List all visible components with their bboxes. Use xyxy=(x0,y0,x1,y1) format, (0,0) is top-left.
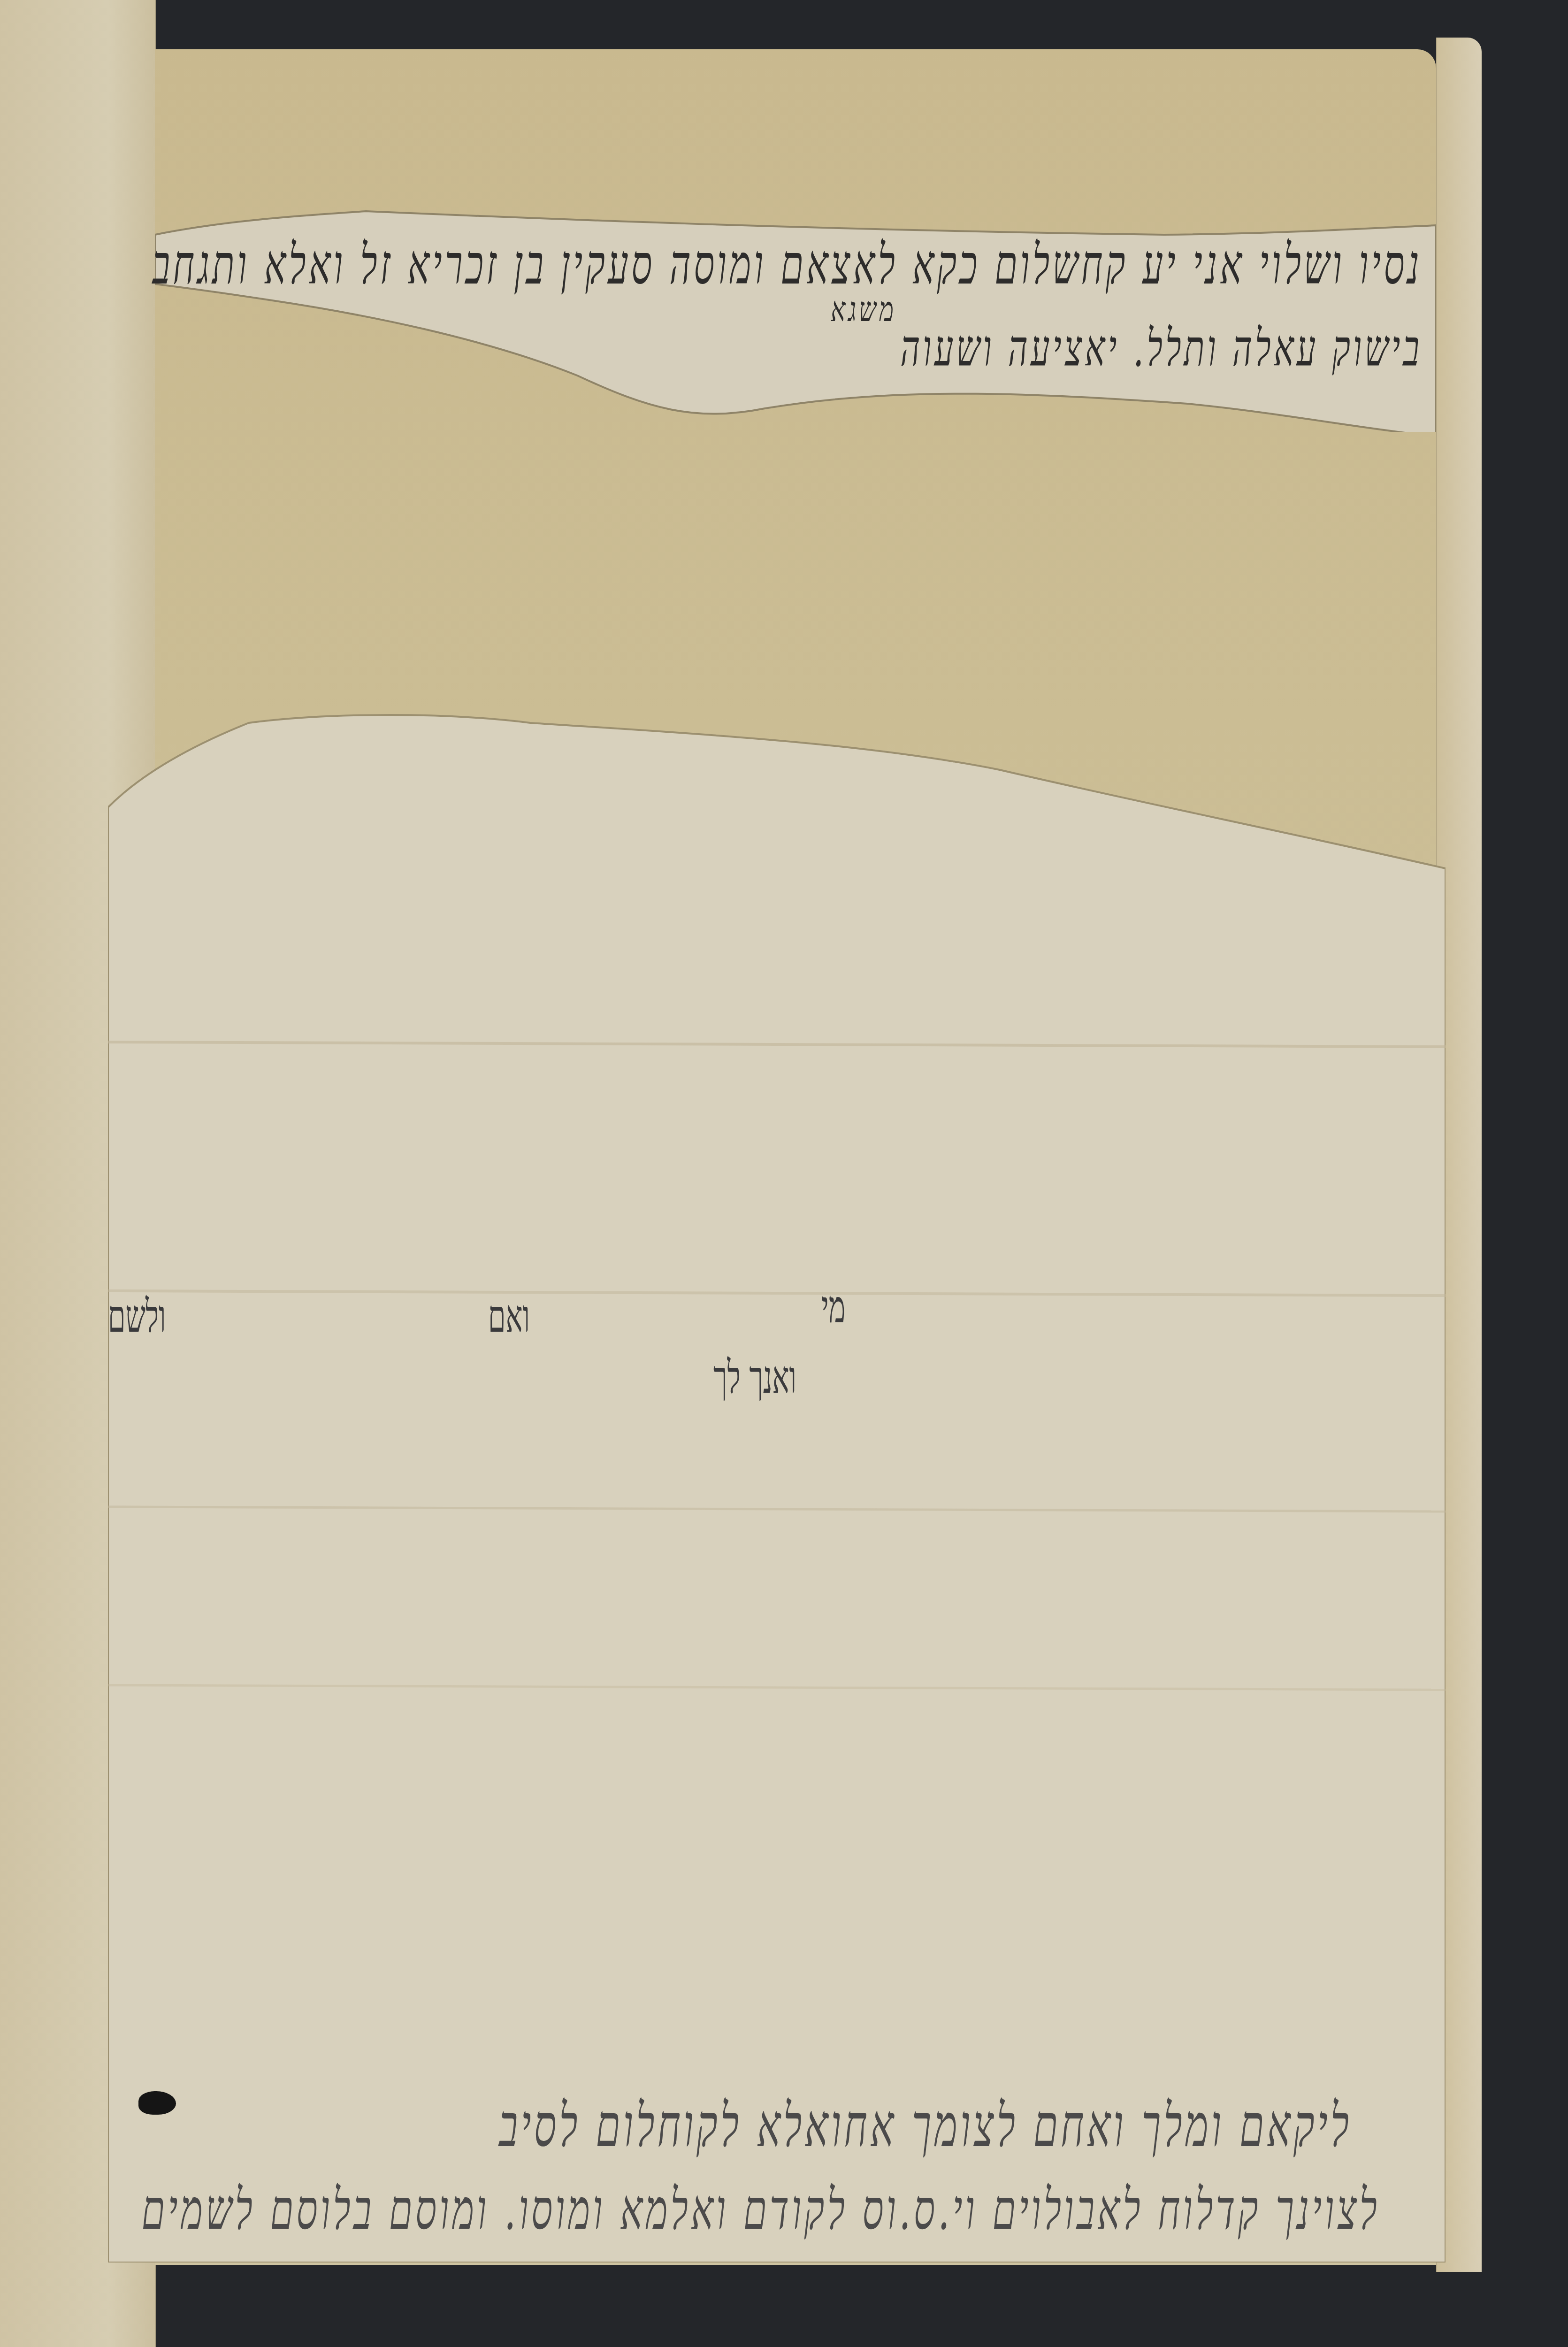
fragment-text-superscript: משגא xyxy=(831,290,896,330)
fragment-text-line-1: נסיו ושלוי אני יע קחשלום כקא לאצאם ומוסה… xyxy=(153,234,1422,297)
faint-ink-mark-4: ואנך לך xyxy=(713,1351,796,1404)
bottom-manuscript-fragment: ולשם ואם מי ואנך לך ליקאם ומלך ואחם לצומ… xyxy=(108,713,1446,2263)
faint-ink-mark-2: ואם xyxy=(488,1290,530,1343)
fragment-text-line-2: בישוק עאלה ותלל. יאציעה ושעוה xyxy=(900,319,1422,379)
faint-ink-mark-3: מי xyxy=(821,1281,845,1334)
bottom-text-line-2: לצוינך קדלוח לאבולוים וי.ס.וס לקודם ואלמ… xyxy=(142,2177,1380,2243)
bottom-text-line-1: ליקאם ומלך ואחם לצומך אחואלא לקוחלום לסי… xyxy=(499,2091,1352,2161)
ink-blot xyxy=(138,2091,176,2115)
top-manuscript-fragment: נסיו ושלוי אני יע קחשלום כקא לאצאם ומוסה… xyxy=(155,207,1436,432)
faint-ink-mark-1: ולשם xyxy=(108,1290,166,1343)
